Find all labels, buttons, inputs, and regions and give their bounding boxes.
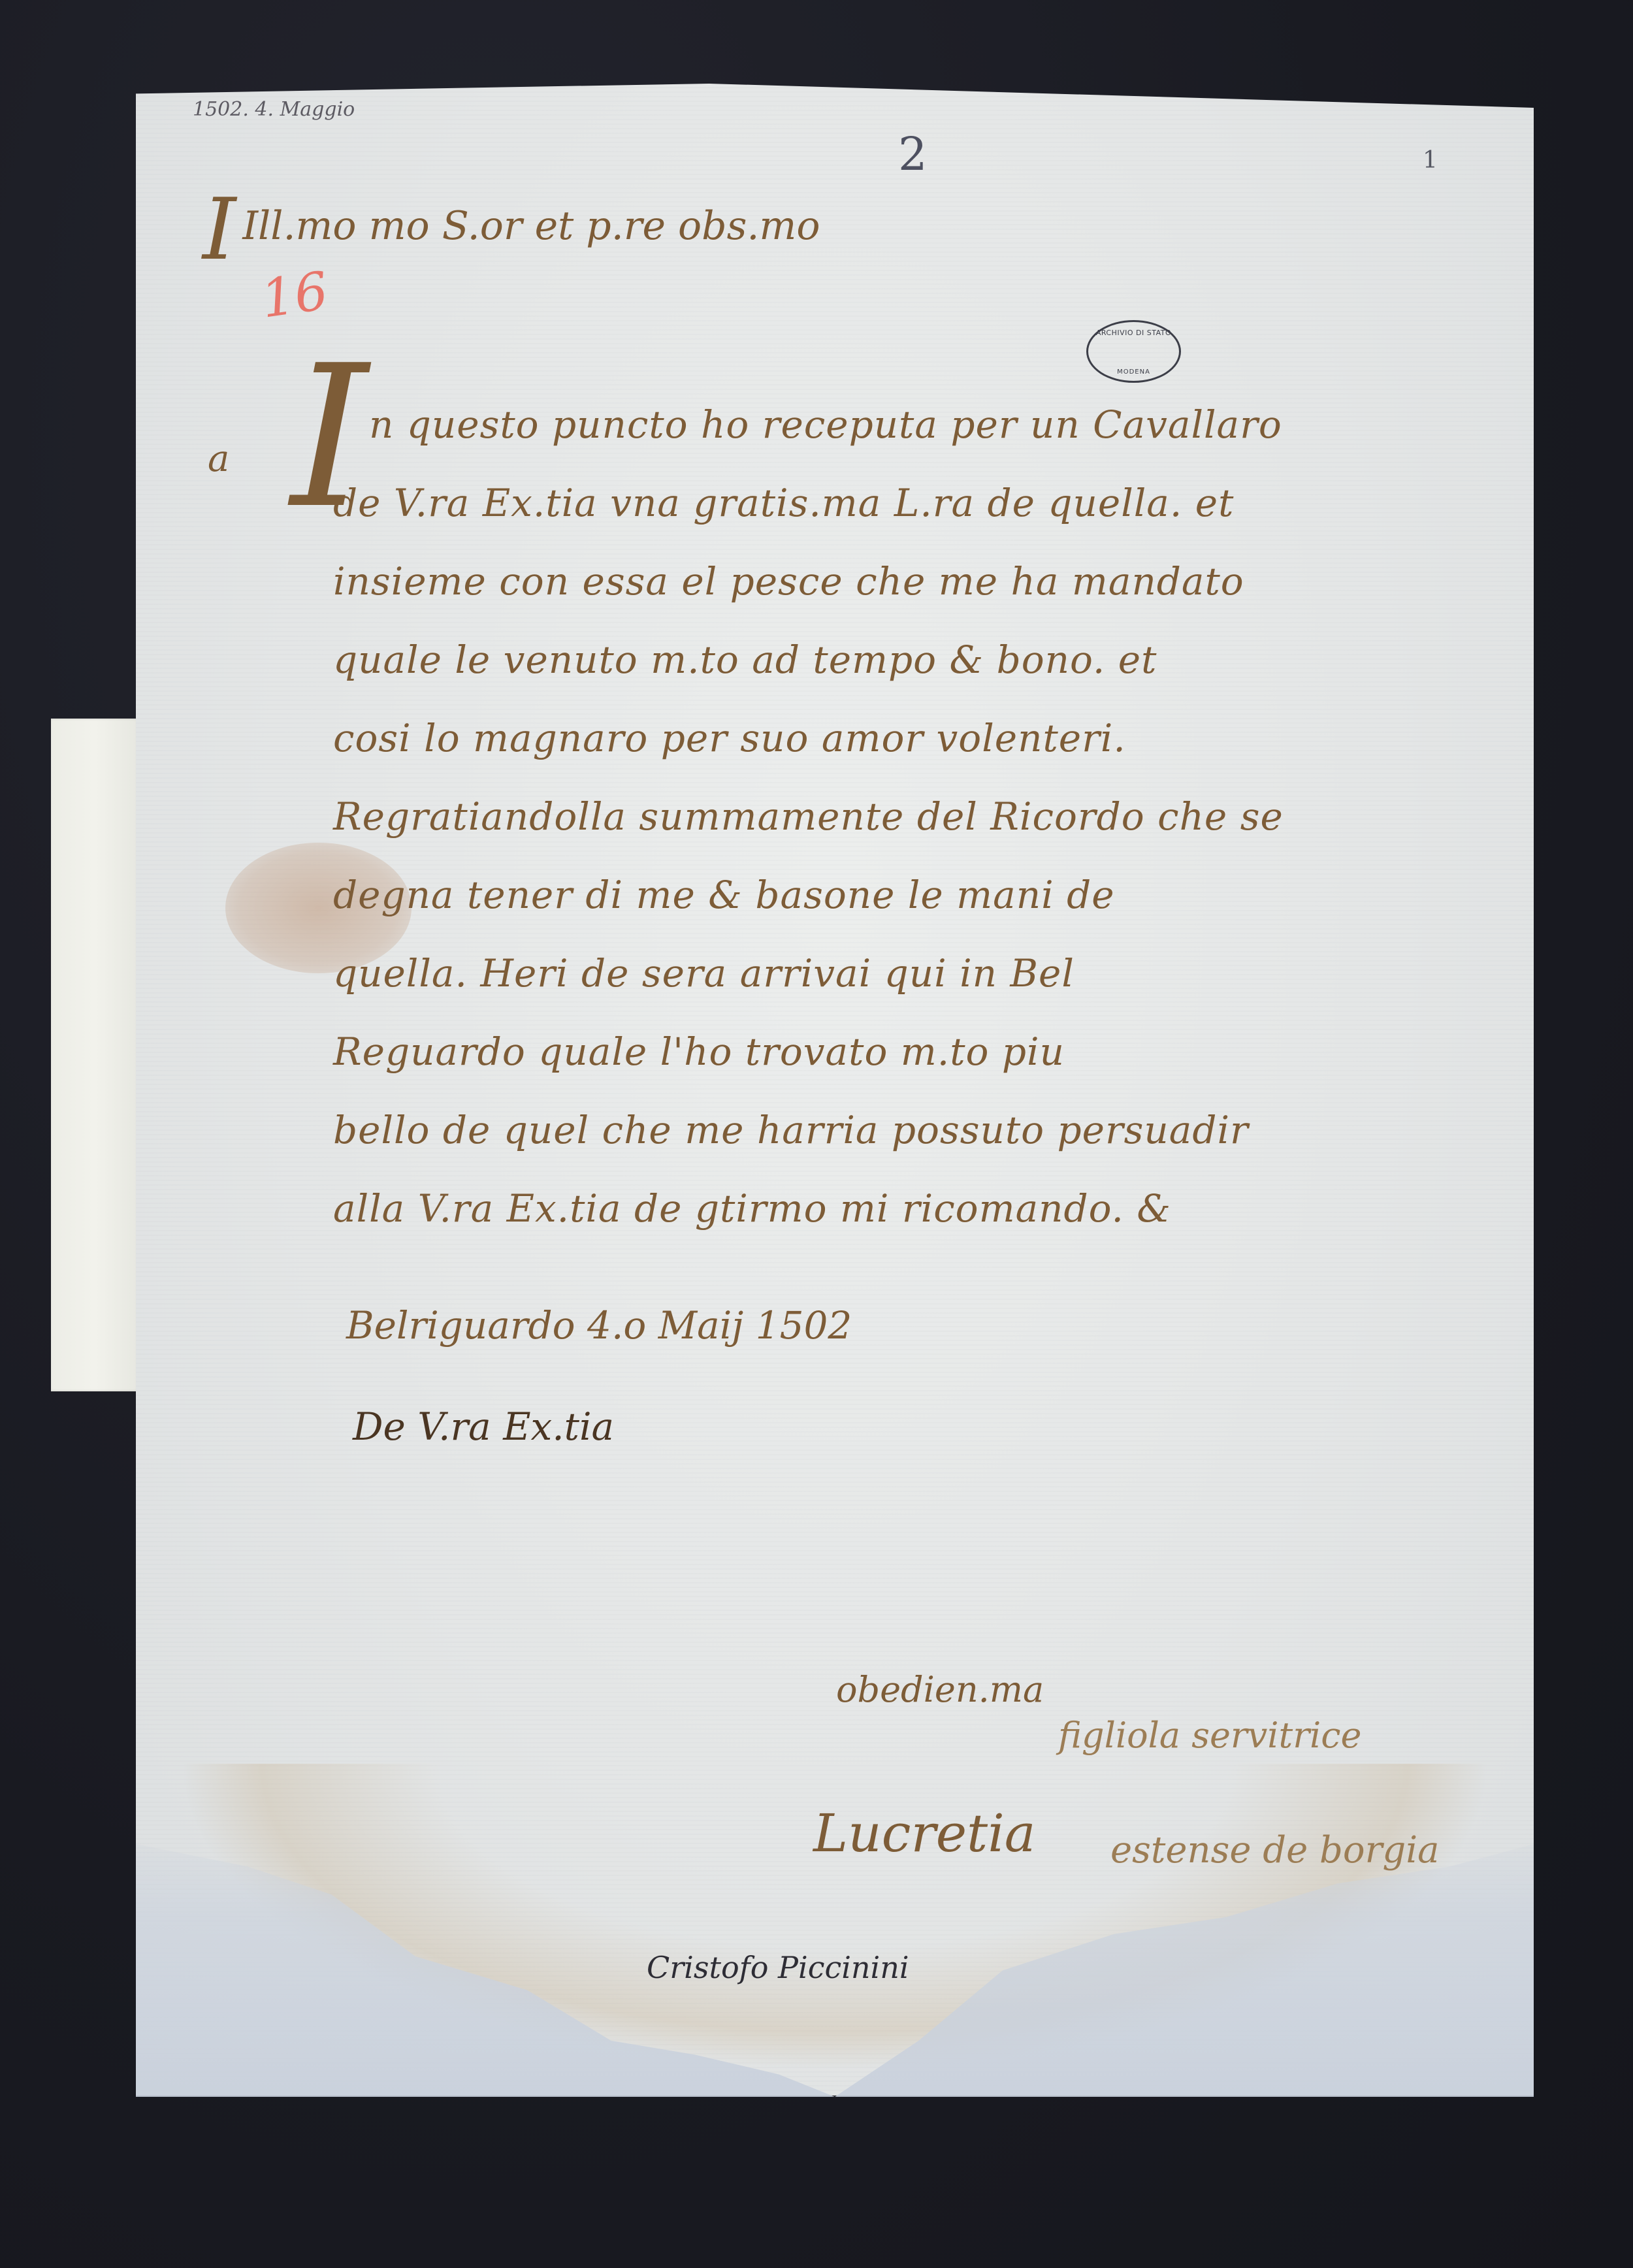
- paper-hinge-strip: [51, 719, 139, 1391]
- body-line: Reguardo quale l'ho trovato m.to piu: [333, 1012, 1414, 1091]
- stamp-top-text: ARCHIVIO DI STATO: [1096, 329, 1171, 337]
- signoff-obedient: obedien.ma: [836, 1669, 1044, 1710]
- red-pencil-number: 16: [257, 260, 332, 329]
- stamp-bottom-text: MODENA: [1117, 368, 1150, 376]
- body-line: Regratiandolla summamente del Ricordo ch…: [333, 777, 1414, 856]
- salutation: IIll.mo mo S.or et p.re obs.mo: [202, 160, 820, 259]
- body-line: cosi lo magnaro per suo amor volenteri.: [333, 699, 1414, 777]
- body-line: bello de quel che me harria possuto pers…: [333, 1091, 1414, 1169]
- reference-number: 2: [898, 127, 928, 181]
- folio-number: 1: [1423, 147, 1438, 174]
- date-line: Belriguardo 4.o Maij 1502: [346, 1303, 852, 1348]
- body-line: insieme con essa el pesce che me ha mand…: [333, 542, 1414, 621]
- body-line: degna tener di me & basone le mani de: [333, 856, 1414, 934]
- signature-surname: estense de borgia: [1110, 1829, 1440, 1871]
- margin-mark: a: [208, 438, 229, 480]
- signoff-daughter-servant: figliola servitrice: [1058, 1715, 1362, 1756]
- body-line: quella. Heri de sera arrivai qui in Bel: [333, 934, 1414, 1012]
- archive-stamp: ARCHIVIO DI STATO MODENA: [1086, 320, 1181, 383]
- body-line: quale le venuto m.to ad tempo & bono. et: [333, 621, 1414, 699]
- signature-name: Lucretia: [813, 1803, 1035, 1864]
- archive-reference-note: 1502. 4. Maggio: [193, 98, 355, 121]
- closing-line: De V.ra Ex.tia: [353, 1404, 614, 1449]
- body-line: alla V.ra Ex.tia de gtirmo mi ricomando.…: [333, 1169, 1414, 1248]
- later-annotation: Cristofo Piccinini: [647, 1950, 909, 1985]
- letter-body: n questo puncto ho receputa per un Caval…: [369, 385, 1414, 1248]
- salutation-initial: I: [202, 180, 236, 279]
- salutation-text: Ill.mo mo S.or et p.re obs.mo: [242, 203, 820, 249]
- body-line: de V.ra Ex.tia vna gratis.ma L.ra de que…: [333, 464, 1414, 542]
- body-line: n questo puncto ho receputa per un Caval…: [369, 385, 1414, 464]
